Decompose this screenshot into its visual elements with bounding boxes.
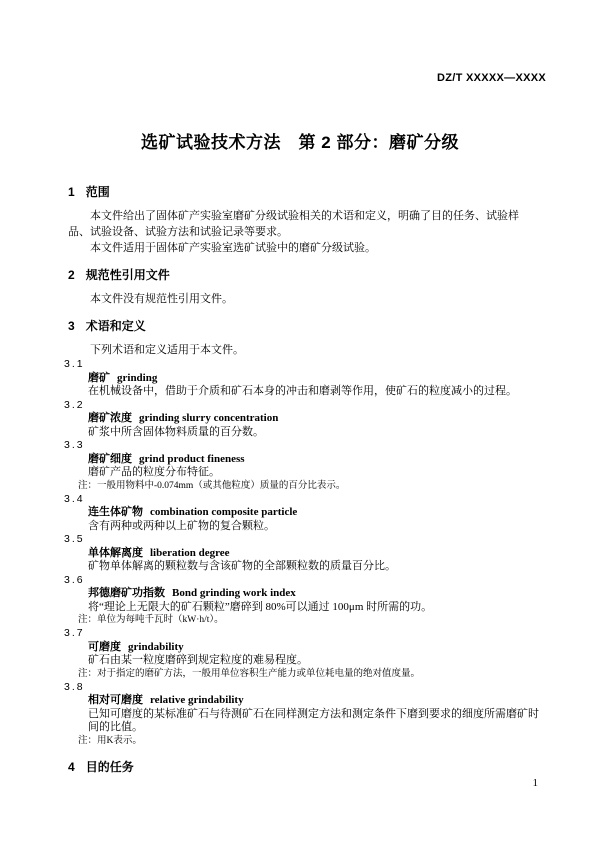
term-name-zh: 磨矿浓度 (88, 412, 132, 424)
section-number: 2 (68, 269, 75, 282)
term-note: 注：对于指定的磨矿方法，一般用单位容积生产能力或单位耗电量的绝对值度量。 (78, 668, 540, 681)
term-name-zh: 相对可磨度 (88, 694, 143, 706)
term-item: 3.1 磨矿grinding 在机械设备中，借助于介质和矿石本身的冲击和磨剥等作… (68, 358, 540, 399)
term-name: 磨矿浓度grinding slurry concentration (88, 412, 540, 426)
term-definition: 已知可磨度的某标准矿石与待测矿石在同样测定方法和测定条件下磨到要求的细度所需磨矿… (88, 708, 540, 735)
term-name-en: liberation degree (150, 547, 230, 559)
term-name-en: grind product fineness (139, 453, 245, 465)
section-title-text: 范围 (86, 185, 110, 199)
section-number: 4 (68, 761, 75, 774)
term-number: 3.3 (64, 439, 540, 453)
term-number: 3.1 (64, 358, 540, 372)
term-number: 3.7 (64, 627, 540, 641)
paragraph: 本文件没有规范性引用文件。 (68, 291, 540, 307)
term-name-zh: 磨矿 (88, 372, 110, 384)
paragraph: 下列术语和定义适用于本文件。 (68, 342, 540, 358)
term-name-en: Bond grinding work index (172, 587, 296, 599)
term-name: 单体解离度liberation degree (88, 547, 540, 561)
section-number: 1 (68, 186, 75, 199)
term-definition: 磨矿产品的粒度分布特征。 (88, 466, 540, 480)
term-name: 相对可磨度relative grindability (88, 694, 540, 708)
section-heading-scope: 1范围 (68, 186, 540, 199)
section-heading-references: 2规范性引用文件 (68, 269, 540, 282)
term-definition: 含有两种或两种以上矿物的复合颗粒。 (88, 520, 540, 534)
term-number: 3.8 (64, 681, 540, 695)
term-item: 3.7 可磨度grindability 矿石由某一粒度磨碎到规定粒度的难易程度。… (68, 627, 540, 681)
term-number: 3.5 (64, 533, 540, 547)
term-definition: 矿物单体解离的颗粒数与含该矿物的全部颗粒数的质量百分比。 (88, 560, 540, 574)
section-number: 3 (68, 320, 75, 333)
term-note: 注：一般用物料中-0.074mm（或其他粒度）质量的百分比表示。 (78, 480, 540, 493)
section-title-text: 规范性引用文件 (86, 268, 170, 282)
page-number: 1 (533, 777, 539, 789)
term-name: 邦德磨矿功指数Bond grinding work index (88, 587, 540, 601)
term-note: 注：单位为每吨千瓦时（kW·h/t）。 (78, 614, 540, 627)
terms-list: 3.1 磨矿grinding 在机械设备中，借助于介质和矿石本身的冲击和磨剥等作… (68, 358, 540, 748)
term-number: 3.4 (64, 493, 540, 507)
term-number: 3.6 (64, 574, 540, 588)
term-name-en: combination composite particle (150, 506, 297, 518)
term-name-zh: 磨矿细度 (88, 453, 132, 465)
term-name: 磨矿细度grind product fineness (88, 453, 540, 467)
term-item: 3.2 磨矿浓度grinding slurry concentration 矿浆… (68, 399, 540, 440)
term-item: 3.5 单体解离度liberation degree 矿物单体解离的颗粒数与含该… (68, 533, 540, 574)
doc-number: DZ/T XXXXX—XXXX (437, 72, 546, 84)
section-title-text: 目的任务 (86, 760, 134, 774)
section-heading-purpose: 4目的任务 (68, 761, 540, 774)
section-title-text: 术语和定义 (86, 319, 146, 333)
term-name: 磨矿grinding (88, 372, 540, 386)
term-item: 3.8 相对可磨度relative grindability 已知可磨度的某标准… (68, 681, 540, 748)
term-note: 注：用K表示。 (78, 735, 540, 748)
term-name-zh: 连生体矿物 (88, 506, 143, 518)
term-name-en: grindability (128, 641, 184, 653)
term-definition: 将“理论上无限大的矿石颗粒”磨碎到 80%可以通过 100μm 时所需的功。 (88, 601, 540, 615)
term-item: 3.4 连生体矿物combination composite particle … (68, 493, 540, 534)
term-item: 3.3 磨矿细度grind product fineness 磨矿产品的粒度分布… (68, 439, 540, 493)
term-name: 可磨度grindability (88, 641, 540, 655)
term-name-zh: 单体解离度 (88, 547, 143, 559)
term-name-zh: 可磨度 (88, 641, 121, 653)
paragraph: 本文件给出了固体矿产实验室磨矿分级试验相关的术语和定义，明确了目的任务、试验样品… (68, 208, 540, 240)
term-item: 3.6 邦德磨矿功指数Bond grinding work index 将“理论… (68, 574, 540, 628)
term-name-en: grinding slurry concentration (139, 412, 278, 424)
term-definition: 矿石由某一粒度磨碎到规定粒度的难易程度。 (88, 654, 540, 668)
section-heading-terms: 3术语和定义 (68, 320, 540, 333)
term-name-zh: 邦德磨矿功指数 (88, 587, 165, 599)
paragraph: 本文件适用于固体矿产实验室选矿试验中的磨矿分级试验。 (68, 240, 540, 256)
term-definition: 矿浆中所含固体物料质量的百分数。 (88, 426, 540, 440)
term-definition: 在机械设备中，借助于介质和矿石本身的冲击和磨剥等作用，使矿石的粒度减小的过程。 (88, 385, 540, 399)
term-name-en: relative grindability (150, 694, 244, 706)
document-content: 1范围 本文件给出了固体矿产实验室磨矿分级试验相关的术语和定义，明确了目的任务、… (68, 186, 540, 783)
page-title: 选矿试验技术方法 第 2 部分：磨矿分级 (0, 128, 600, 153)
term-name: 连生体矿物combination composite particle (88, 506, 540, 520)
term-number: 3.2 (64, 399, 540, 413)
document-page: DZ/T XXXXX—XXXX 选矿试验技术方法 第 2 部分：磨矿分级 1范围… (0, 0, 600, 849)
term-name-en: grinding (117, 372, 157, 384)
